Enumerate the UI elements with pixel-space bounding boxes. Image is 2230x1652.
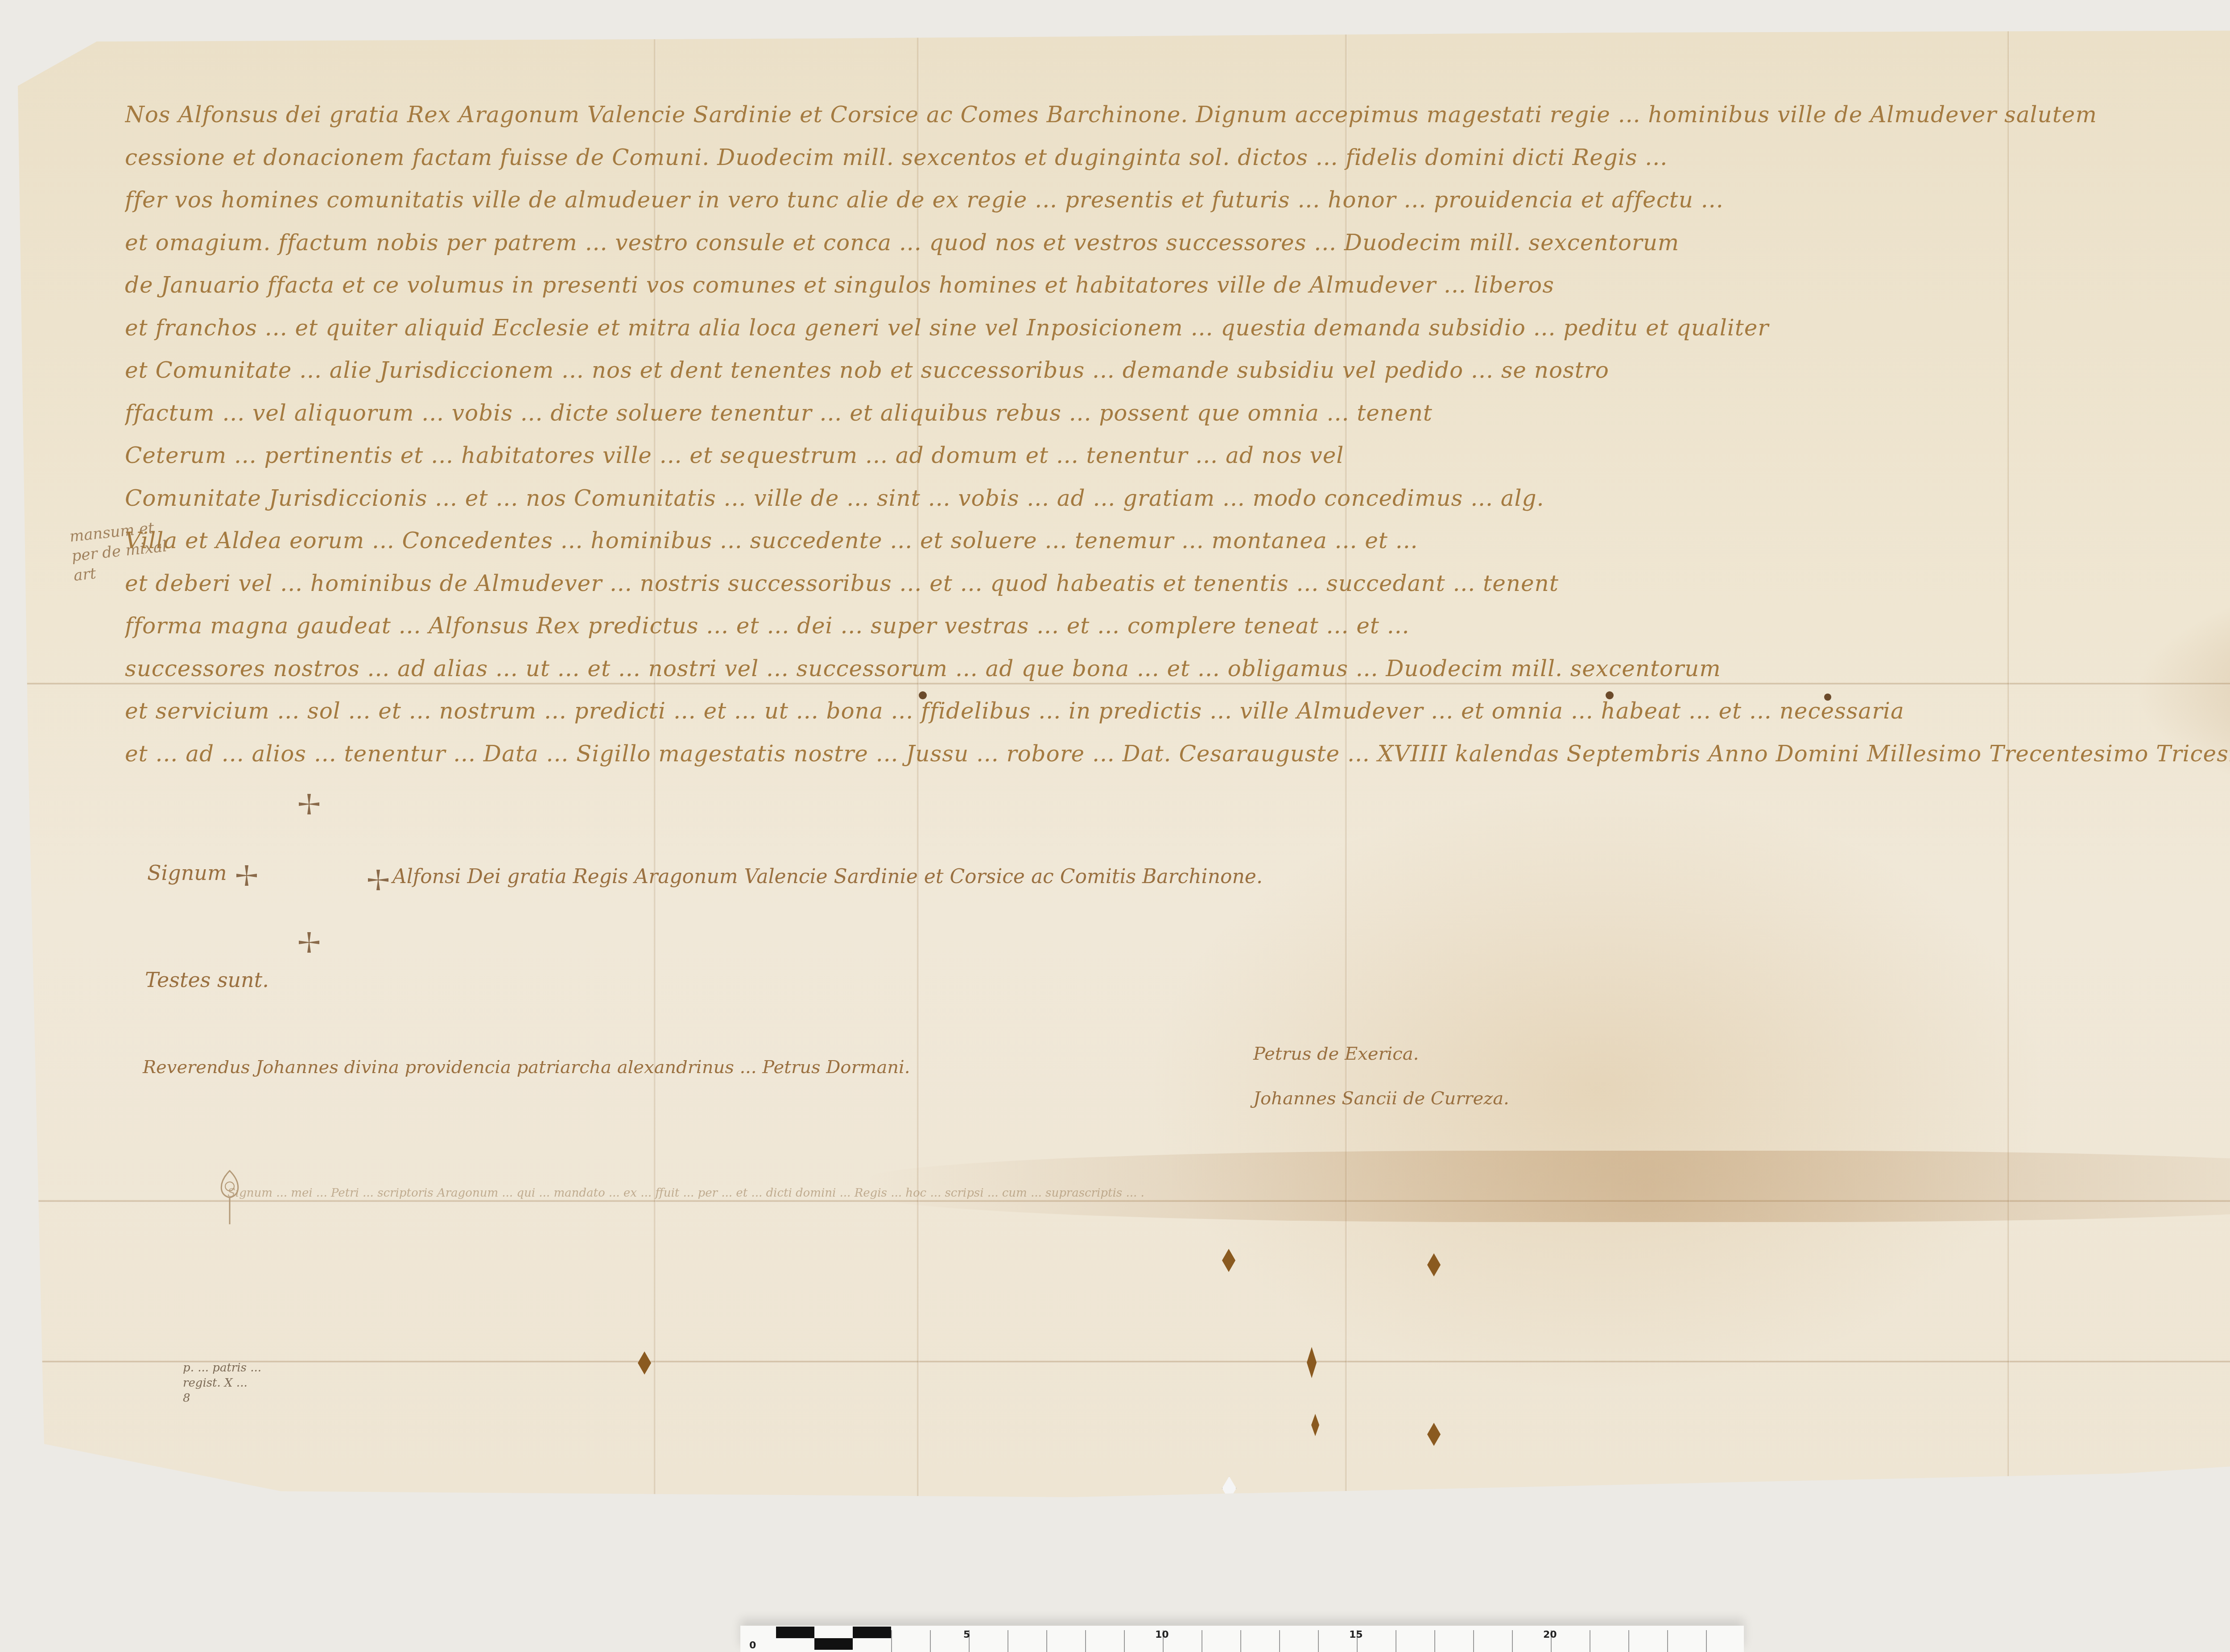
charter-main-text: Nos Alfonsus dei gratia Rex Aragonum Val…	[125, 94, 2230, 775]
text-line: et deberi vel ... hominibus de Almudever…	[125, 562, 2230, 605]
text-line: cessione et donacionem factam fuisse de …	[125, 136, 2230, 179]
ruler-label: 5	[963, 1629, 970, 1640]
seal-cord-hole	[1427, 1253, 1441, 1276]
text-line: ffactum ... vel aliquorum ... vobis ... …	[125, 392, 2230, 435]
text-line: ffer vos homines comunitatis ville de al…	[125, 179, 2230, 222]
measurement-ruler: 0 5 10 15 20	[740, 1626, 1744, 1652]
text-line: Ceterum ... pertinentis et ... habitator…	[125, 434, 2230, 477]
ruler-label: 20	[1543, 1629, 1557, 1640]
witnesses-label: Testes sunt.	[145, 968, 269, 992]
text-line: et franchos ... et quiter aliquid Eccles…	[125, 307, 2230, 350]
seal-cord-hole	[1307, 1347, 1317, 1378]
text-line: Nos Alfonsus dei gratia Rex Aragonum Val…	[125, 94, 2230, 136]
parchment-document: mansum et per de mixal art Nos Alfonsus …	[18, 27, 2230, 1503]
text-line: et ... ad ... alios ... tenentur ... Dat…	[125, 733, 2230, 776]
seal-cord-hole	[1222, 1476, 1236, 1500]
text-line: et omagium. ffactum nobis per patrem ...…	[125, 222, 2230, 264]
scribe-signature: Johannes Sancii de Curreza.	[1253, 1088, 1509, 1109]
notarial-seal-line: Signum ... mei ... Petri ... scriptoris …	[227, 1186, 1144, 1200]
notarial-sign-icon	[214, 1169, 245, 1227]
ink-spot	[1606, 691, 1614, 699]
horizontal-fold	[18, 1360, 2230, 1363]
seal-cord-hole	[638, 1351, 651, 1375]
text-line: Villa et Aldea eorum ... Concedentes ...…	[125, 520, 2230, 562]
seal-cord-hole	[1222, 1249, 1235, 1272]
text-line: et servicium ... sol ... et ... nostrum …	[125, 690, 2230, 733]
text-line: et Comunitate ... alie Jurisdiccionem ..…	[125, 349, 2230, 392]
signum-cross-icon	[299, 794, 319, 814]
witness-line: Reverendus Johannes divina providencia p…	[143, 1057, 910, 1078]
text-line: Comunitate Jurisdiccionis ... et ... nos…	[125, 477, 2230, 520]
signum-cross-icon	[299, 932, 319, 953]
signum-label: Signum	[147, 861, 227, 885]
text-line: fforma magna gaudeat ... Alfonsus Rex pr…	[125, 605, 2230, 648]
ruler-scale-block	[853, 1627, 891, 1638]
ruler-label: 15	[1349, 1629, 1363, 1640]
ruler-scale-block	[814, 1638, 853, 1650]
seal-cord-hole	[1311, 1414, 1319, 1436]
scribe-signature: Petrus de Exerica.	[1253, 1044, 1419, 1064]
seal-cord-hole	[1427, 1423, 1441, 1446]
signum-cross-icon	[236, 865, 257, 886]
text-line: successores nostros ... ad alias ... ut …	[125, 648, 2230, 690]
ink-spot	[919, 691, 927, 699]
endorsement-note: p. ... patris ... regist. X ... 8	[183, 1360, 261, 1406]
king-signature: Alfonsi Dei gratia Regis Aragonum Valenc…	[392, 865, 1263, 888]
ruler-label: 0	[749, 1640, 756, 1651]
ruler-scale-block	[776, 1627, 814, 1638]
ink-spot	[1824, 694, 1831, 701]
signum-cross-icon	[368, 870, 388, 890]
ruler-label: 10	[1155, 1629, 1169, 1640]
text-line: de Januario ffacta et ce volumus in pres…	[125, 264, 2230, 307]
